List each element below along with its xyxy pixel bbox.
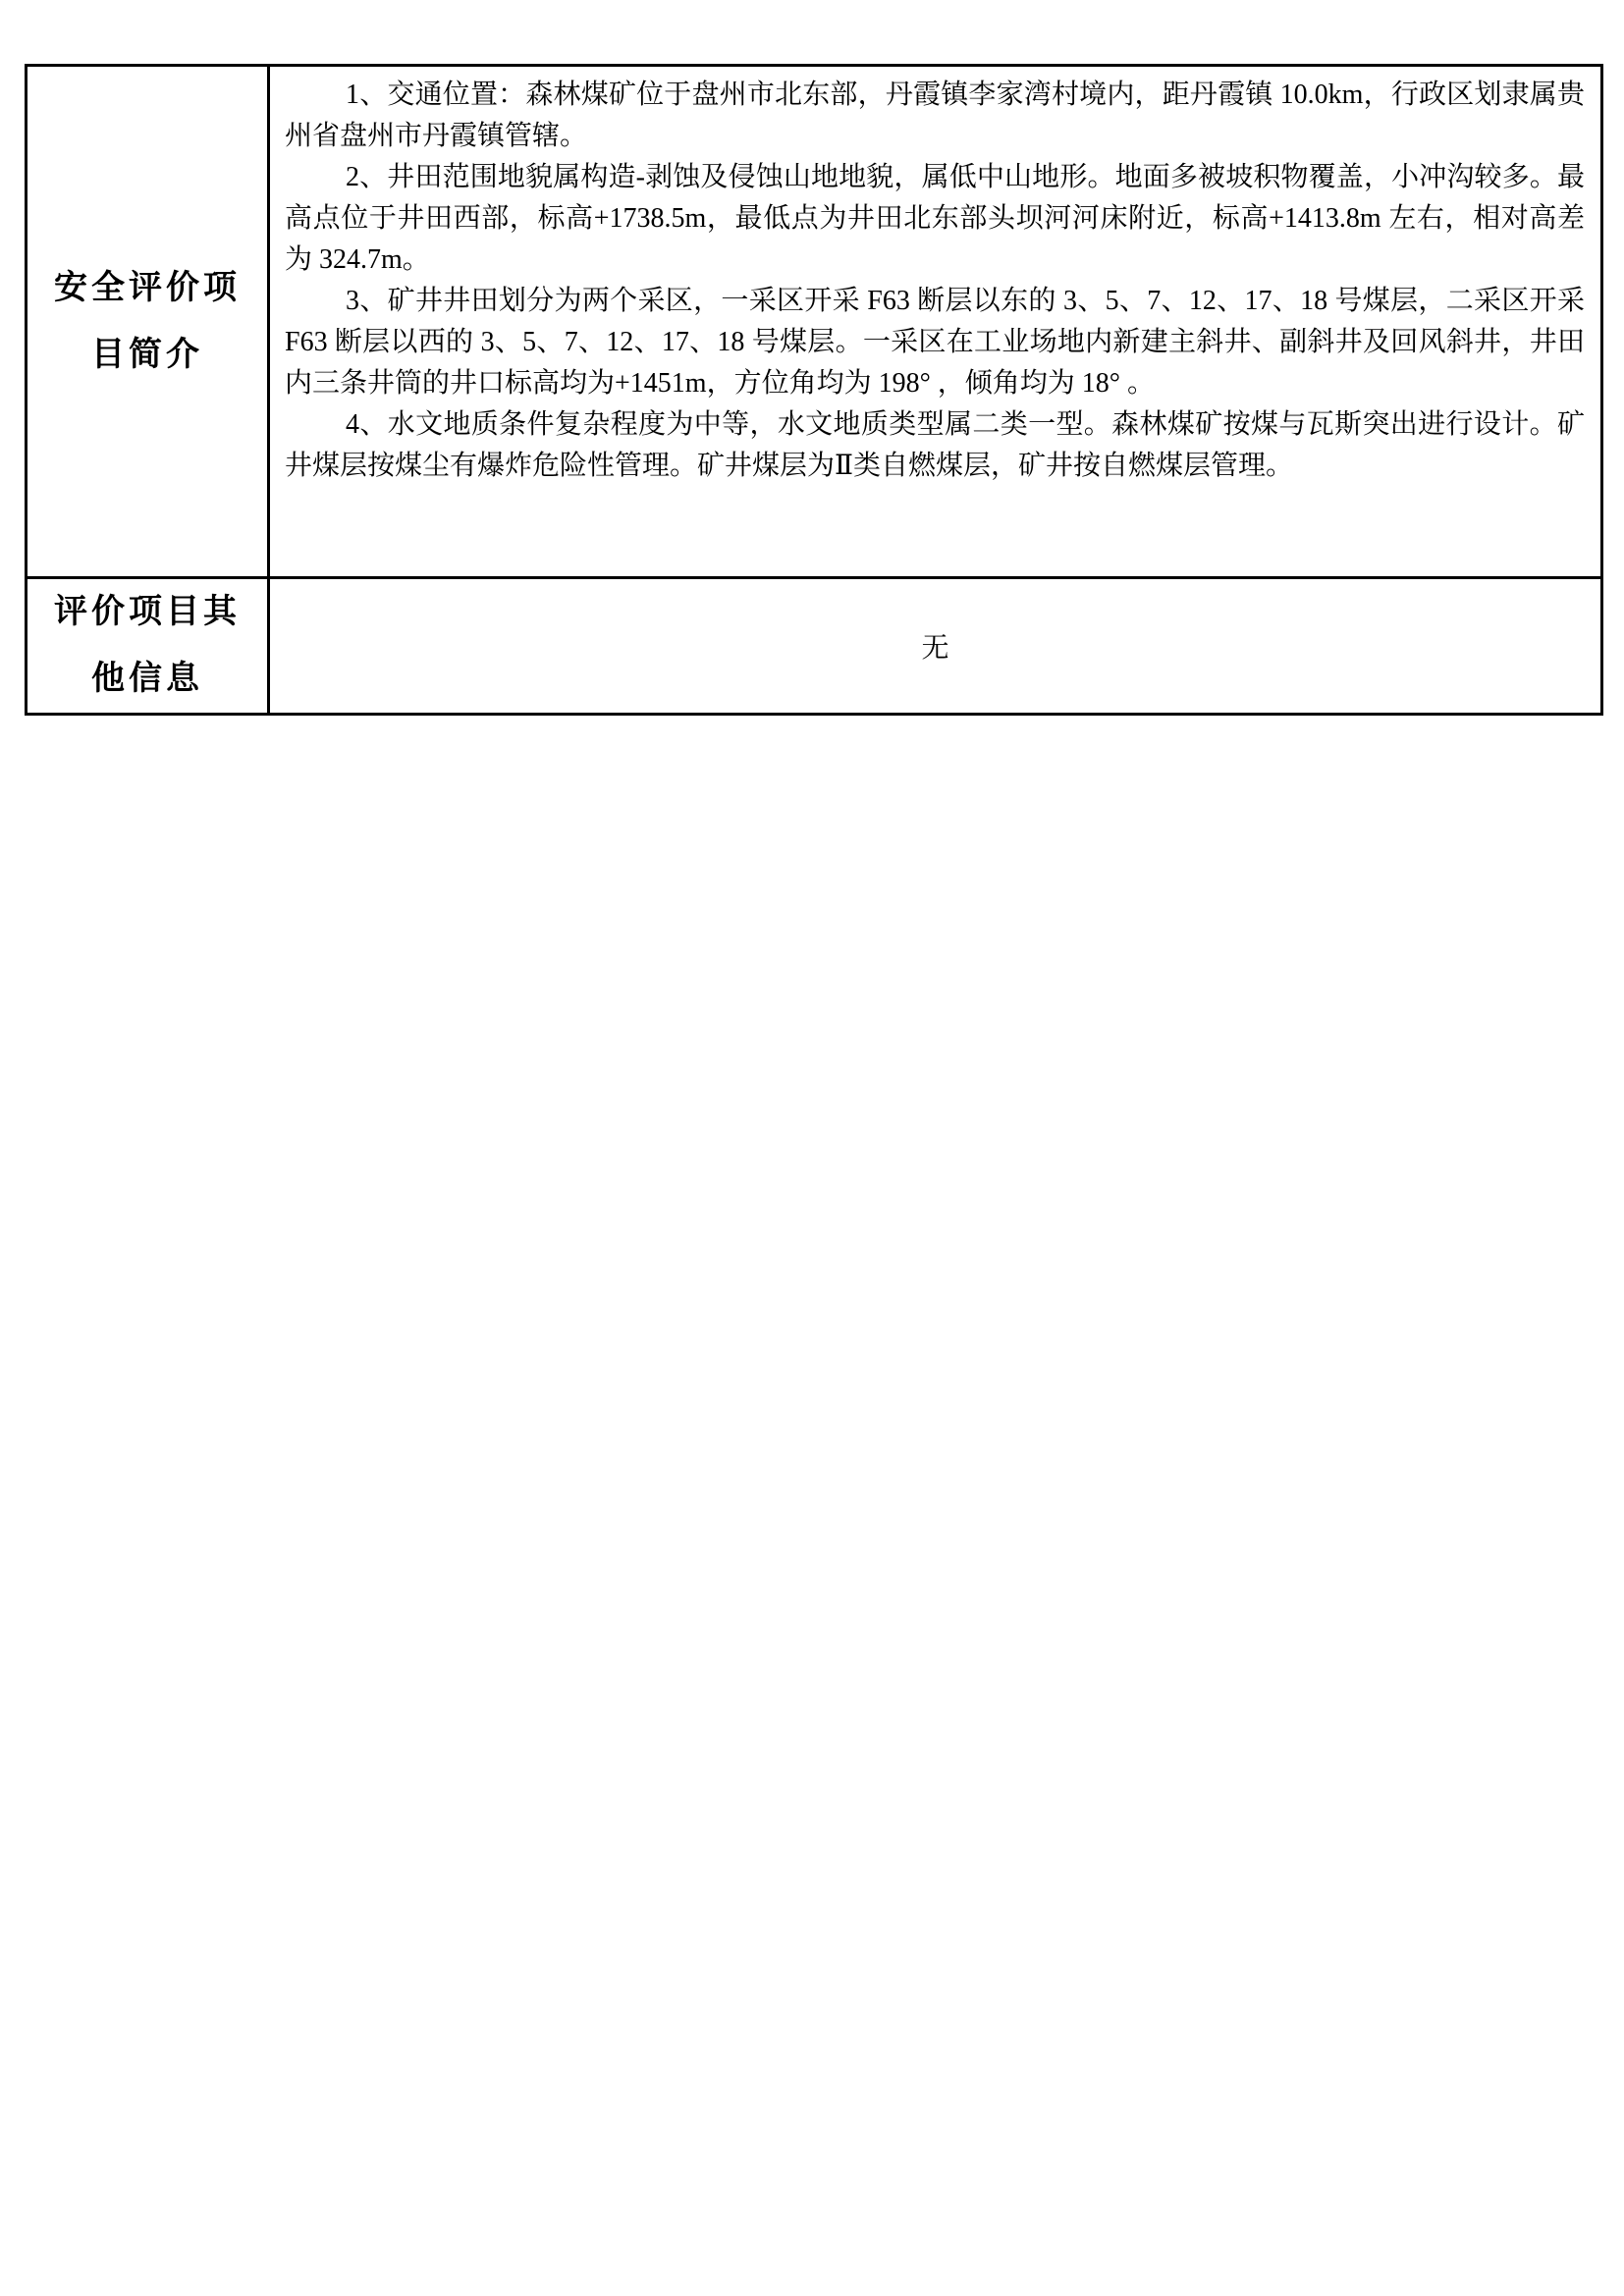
intro-content-cell: 1、交通位置：森林煤矿位于盘州市北东部，丹霞镇李家湾村境内，距丹霞镇 10.0k… xyxy=(269,66,1602,578)
other-info-value: 无 xyxy=(921,633,948,664)
intro-paragraph-3: 3、矿井井田划分为两个采区，一采区开采 F63 断层以东的 3、5、7、12、1… xyxy=(285,281,1585,404)
intro-paragraph-4: 4、水文地质条件复杂程度为中等，水文地质类型属二类一型。森林煤矿按煤与瓦斯突出进… xyxy=(285,404,1585,487)
table-row-intro: 安全评价项 目简介 1、交通位置：森林煤矿位于盘州市北东部，丹霞镇李家湾村境内，… xyxy=(27,66,1602,578)
document-page: 安全评价项 目简介 1、交通位置：森林煤矿位于盘州市北东部，丹霞镇李家湾村境内，… xyxy=(0,0,1624,2296)
intro-paragraph-1: 1、交通位置：森林煤矿位于盘州市北东部，丹霞镇李家湾村境内，距丹霞镇 10.0k… xyxy=(285,75,1585,157)
info-table: 安全评价项 目简介 1、交通位置：森林煤矿位于盘州市北东部，丹霞镇李家湾村境内，… xyxy=(25,64,1603,716)
other-info-value-cell: 无 xyxy=(269,578,1602,715)
table-row-other-info: 评价项目其 他信息 无 xyxy=(27,578,1602,715)
other-info-label-cell: 评价项目其 他信息 xyxy=(27,578,269,715)
intro-label-line-2: 目简介 xyxy=(91,337,203,373)
other-info-label-line-2: 他信息 xyxy=(91,661,203,697)
other-info-label-line-1: 评价项目其 xyxy=(54,594,241,630)
intro-paragraph-2: 2、井田范围地貌属构造-剥蚀及侵蚀山地地貌，属低中山地形。地面多被坡积物覆盖，小… xyxy=(285,157,1585,281)
intro-label-line-1: 安全评价项 xyxy=(54,270,241,306)
intro-label-cell: 安全评价项 目简介 xyxy=(27,66,269,578)
